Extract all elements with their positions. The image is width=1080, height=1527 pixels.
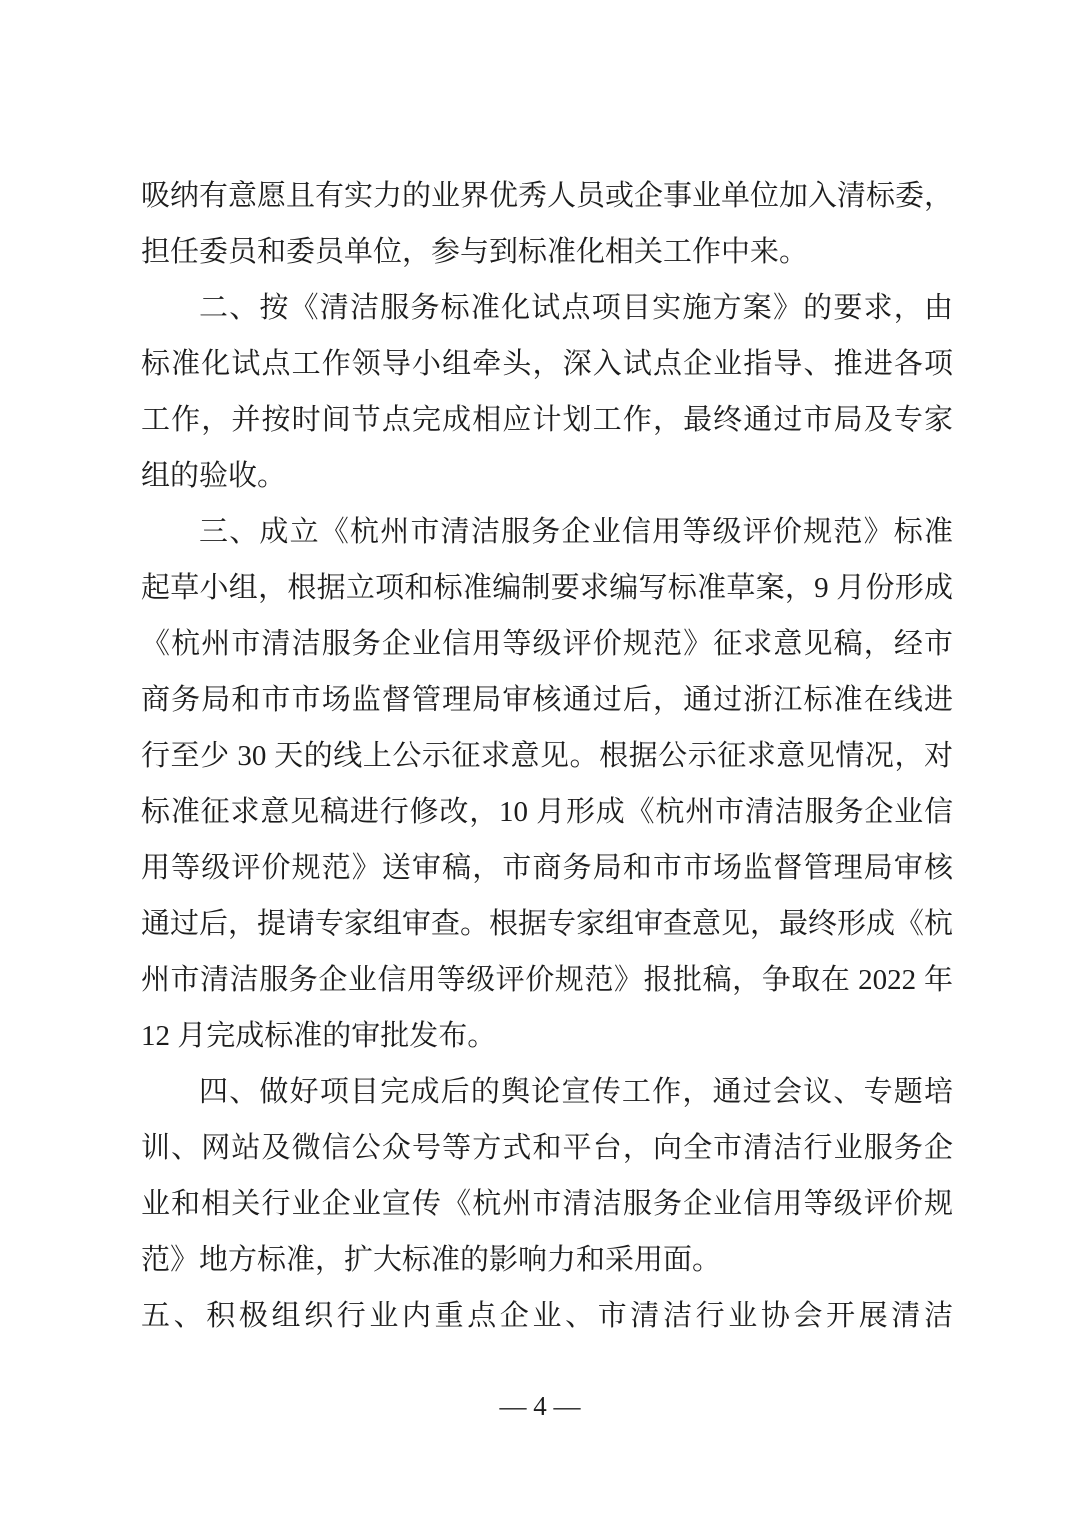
text-line: 三、成立《杭州市清洁服务企业信用等级评价规范》标准 — [141, 504, 953, 560]
text-line: 用等级评价规范》送审稿，市商务局和市市场监督管理局审核 — [141, 840, 953, 896]
text-line: 组的验收。 — [141, 448, 953, 504]
document-body: 吸纳有意愿且有实力的业界优秀人员或企事业单位加入清标委， 担任委员和委员单位，参… — [141, 168, 953, 1344]
text-line: 业和相关行业企业宣传《杭州市清洁服务企业信用等级评价规 — [141, 1176, 953, 1232]
text-line: 商务局和市市场监督管理局审核通过后，通过浙江标准在线进 — [141, 672, 953, 728]
text-line: 工作，并按时间节点完成相应计划工作，最终通过市局及专家 — [141, 392, 953, 448]
text-line: 二、按《清洁服务标准化试点项目实施方案》的要求，由 — [141, 280, 953, 336]
text-line: 《杭州市清洁服务企业信用等级评价规范》征求意见稿，经市 — [141, 616, 953, 672]
page-number: — 4 — — [500, 1391, 581, 1421]
text-line: 四、做好项目完成后的舆论宣传工作，通过会议、专题培 — [141, 1064, 953, 1120]
text-line: 吸纳有意愿且有实力的业界优秀人员或企事业单位加入清标委， — [141, 168, 953, 224]
text-line: 起草小组，根据立项和标准编制要求编写标准草案，9 月份形成 — [141, 560, 953, 616]
text-line: 州市清洁服务企业信用等级评价规范》报批稿，争取在 2022 年 — [141, 952, 953, 1008]
text-line: 范》地方标准，扩大标准的影响力和采用面。 — [141, 1232, 953, 1288]
text-line: 担任委员和委员单位，参与到标准化相关工作中来。 — [141, 224, 953, 280]
page-footer: — 4 — — [0, 1386, 1080, 1426]
text-line: 通过后，提请专家组审查。根据专家组审查意见，最终形成《杭 — [141, 896, 953, 952]
text-line: 行至少 30 天的线上公示征求意见。根据公示征求意见情况，对 — [141, 728, 953, 784]
text-line: 训、网站及微信公众号等方式和平台，向全市清洁行业服务企 — [141, 1120, 953, 1176]
text-line: 五、积极组织行业内重点企业、市清洁行业协会开展清洁 — [141, 1288, 953, 1344]
text-line: 标准化试点工作领导小组牵头，深入试点企业指导、推进各项 — [141, 336, 953, 392]
text-line: 12 月完成标准的审批发布。 — [141, 1008, 953, 1064]
text-line: 标准征求意见稿进行修改，10 月形成《杭州市清洁服务企业信 — [141, 784, 953, 840]
document-page: 吸纳有意愿且有实力的业界优秀人员或企事业单位加入清标委， 担任委员和委员单位，参… — [0, 0, 1080, 1527]
